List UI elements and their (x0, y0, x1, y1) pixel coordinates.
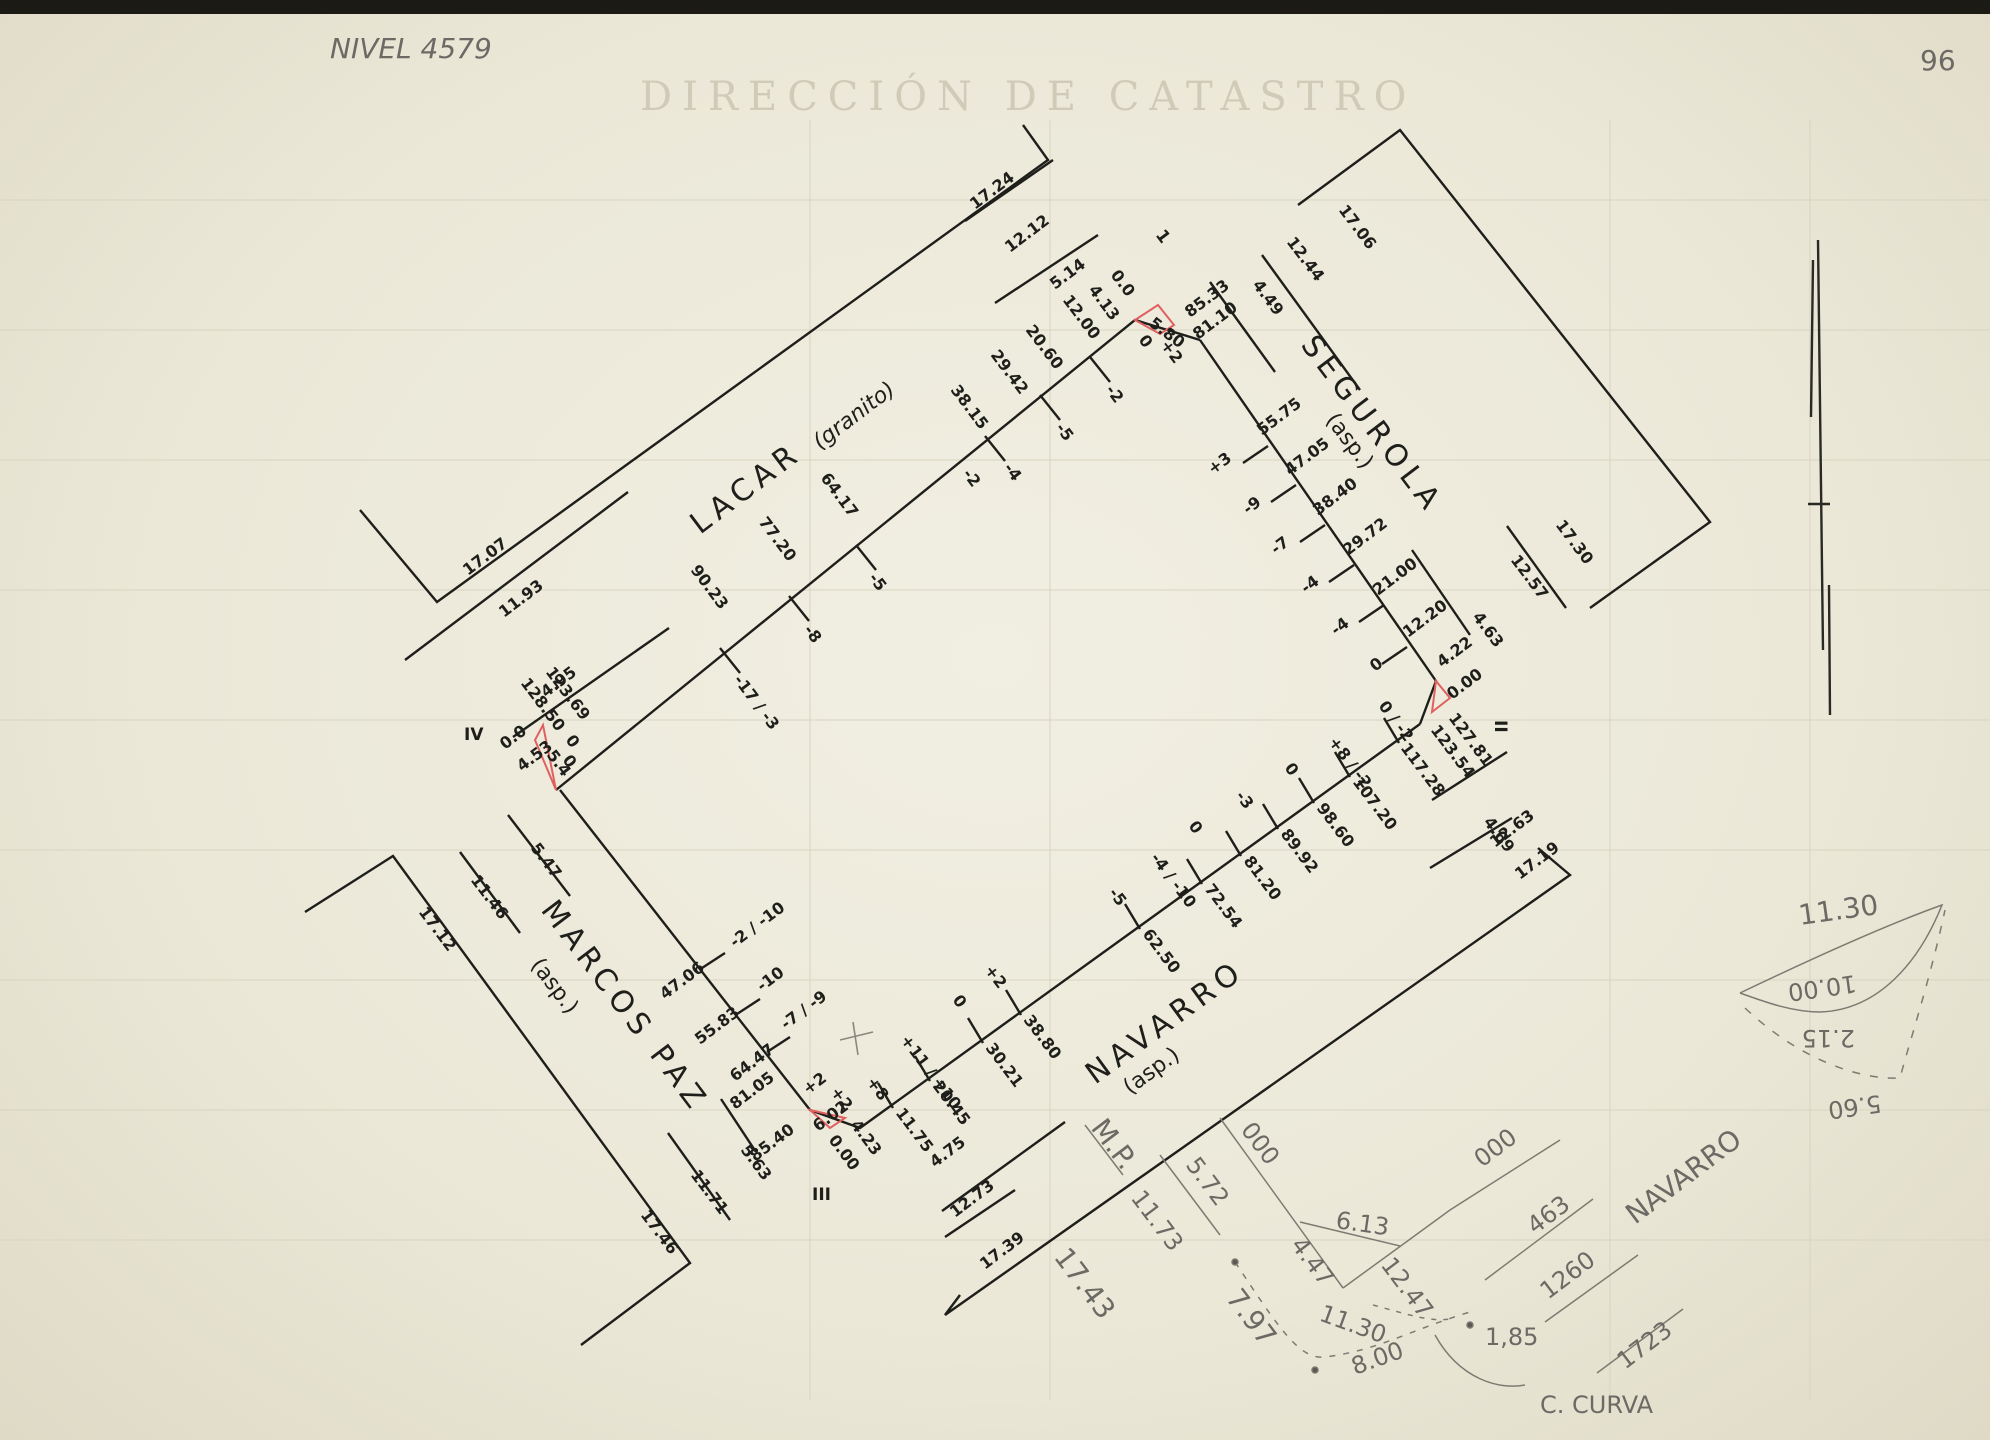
svg-text:89.92: 89.92 (1277, 825, 1323, 877)
svg-text:8.00: 8.00 (1347, 1336, 1407, 1381)
survey-drawing: DIRECCIÓN DE CATASTRO NIVEL 4579 96 (0, 14, 1990, 1440)
svg-text:1260: 1260 (1535, 1246, 1601, 1305)
svg-text:12.20: 12.20 (1399, 596, 1451, 642)
svg-text:-17 / -3: -17 / -3 (730, 671, 783, 733)
svg-text:1,85: 1,85 (1485, 1323, 1538, 1351)
page-number: 96 (1920, 44, 1956, 77)
svg-text:11.75: 11.75 (892, 1104, 938, 1156)
svg-text:17.43: 17.43 (1047, 1241, 1122, 1325)
svg-text:0.00: 0.00 (1443, 664, 1486, 703)
svg-text:5.72: 5.72 (1180, 1152, 1235, 1212)
svg-text:98.60: 98.60 (1313, 799, 1359, 851)
svg-text:17.46: 17.46 (637, 1206, 683, 1258)
svg-text:11.93: 11.93 (495, 576, 547, 622)
corner-label-I: 1 (1151, 226, 1174, 247)
svg-text:-7: -7 (1267, 532, 1293, 558)
svg-text:17.07: 17.07 (459, 534, 511, 580)
svg-text:M.P.: M.P. (1084, 1112, 1143, 1175)
svg-text:-9: -9 (1239, 492, 1265, 518)
svg-text:77.20: 77.20 (755, 513, 801, 565)
svg-text:-5: -5 (865, 569, 891, 595)
svg-text:72.54: 72.54 (1201, 880, 1247, 932)
svg-text:-4: -4 (1000, 459, 1026, 485)
svg-text:-3: -3 (1232, 787, 1258, 813)
svg-text:-10: -10 (753, 963, 788, 996)
svg-text:-8: -8 (800, 621, 826, 647)
svg-text:38.40: 38.40 (1309, 474, 1361, 520)
svg-text:64.17: 64.17 (817, 469, 863, 521)
svg-text:12.47: 12.47 (1375, 1252, 1439, 1324)
svg-text:7.97: 7.97 (1219, 1282, 1283, 1352)
svg-text:17.30: 17.30 (1552, 516, 1598, 568)
svg-text:38.15: 38.15 (947, 381, 993, 433)
svg-text:55.75: 55.75 (1253, 394, 1305, 440)
svg-text:0.0: 0.0 (496, 721, 530, 753)
svg-text:NAVARRO: NAVARRO (1619, 1123, 1747, 1231)
street-name-segurola: SEGUROLA (1294, 329, 1450, 521)
street-name-lacar: LACAR (684, 435, 809, 541)
svg-text:4.47: 4.47 (1285, 1232, 1340, 1292)
svg-text:0: 0 (1185, 817, 1207, 837)
svg-text:+2: +2 (981, 961, 1011, 992)
marcos-paz-values: 47.06 55.83 64.47 -2 / -10 -10 -7 / -9 8… (415, 663, 886, 1258)
svg-text:-2: -2 (959, 465, 985, 491)
svg-text:2.15: 2.15 (1802, 1024, 1855, 1052)
corner-label-IV: IV (464, 725, 484, 745)
svg-text:4.63: 4.63 (1469, 608, 1508, 651)
svg-text:463: 463 (1522, 1190, 1575, 1240)
svg-text:20.60: 20.60 (1022, 321, 1068, 373)
svg-text:29.42: 29.42 (987, 346, 1033, 398)
svg-text:11.73: 11.73 (1125, 1185, 1189, 1257)
svg-text:4.22: 4.22 (1433, 632, 1476, 671)
street-surface-lacar: (granito) (809, 377, 901, 455)
svg-text:12.44: 12.44 (1283, 233, 1329, 285)
svg-text:-4: -4 (1327, 613, 1353, 639)
form-grid (0, 120, 1990, 1400)
svg-text:0: 0 (1135, 331, 1157, 351)
svg-text:1723: 1723 (1612, 1316, 1678, 1375)
svg-text:C. CURVA: C. CURVA (1540, 1391, 1654, 1419)
svg-text:0: 0 (1281, 759, 1303, 779)
corner-markers (535, 305, 1450, 1128)
svg-text:62.50: 62.50 (1139, 925, 1185, 977)
svg-text:-7 / -9: -7 / -9 (777, 986, 830, 1033)
lacar-values: 85.33 81.10 5.80 0.0 4.13 0 +2 12.00 20.… (459, 168, 1241, 734)
faint-header: DIRECCIÓN DE CATASTRO (640, 73, 1416, 120)
svg-text:-2: -2 (1102, 381, 1128, 407)
north-arrow-icon (1808, 240, 1830, 715)
svg-text:0: 0 (949, 991, 971, 1011)
survey-sheet: DIRECCIÓN DE CATASTRO NIVEL 4579 96 (0, 0, 1990, 1440)
svg-text:38.80: 38.80 (1020, 1011, 1066, 1063)
svg-text:5.47: 5.47 (527, 839, 566, 882)
svg-text:30.21: 30.21 (982, 1039, 1028, 1091)
svg-text:5.60: 5.60 (1826, 1089, 1883, 1124)
svg-text:12.73: 12.73 (946, 1176, 998, 1222)
svg-text:-5: -5 (1052, 419, 1078, 445)
svg-text:17.06: 17.06 (1335, 201, 1381, 253)
svg-text:11.30: 11.30 (1796, 888, 1880, 932)
svg-text:-2 / -10: -2 / -10 (726, 898, 788, 951)
svg-text:12.12: 12.12 (1001, 211, 1053, 257)
svg-text:11.71: 11.71 (687, 1166, 733, 1218)
svg-text:47.05: 47.05 (1281, 434, 1333, 480)
svg-text:-4: -4 (1297, 571, 1323, 597)
svg-text:+2: +2 (799, 1068, 830, 1098)
svg-text:11.46: 11.46 (467, 871, 513, 923)
svg-text:17.12: 17.12 (415, 903, 461, 955)
svg-text:000: 000 (1235, 1117, 1285, 1170)
svg-text:000: 000 (1469, 1123, 1522, 1173)
svg-text:55.83: 55.83 (691, 1003, 743, 1049)
svg-text:+11 / +10: +11 / +10 (897, 1031, 965, 1113)
svg-text:21.00: 21.00 (1369, 554, 1421, 600)
level-note: NIVEL 4579 (330, 32, 492, 65)
svg-text:17.39: 17.39 (976, 1228, 1028, 1274)
corner-label-III: III (812, 1185, 831, 1205)
pencil-x-mark (840, 1022, 873, 1055)
svg-text:0: 0 (562, 731, 584, 751)
svg-text:29.72: 29.72 (1339, 514, 1391, 560)
svg-text:81.20: 81.20 (1240, 852, 1286, 904)
svg-text:10.00: 10.00 (1786, 969, 1858, 1006)
svg-text:90.23: 90.23 (687, 561, 733, 613)
svg-text:6.13: 6.13 (1334, 1206, 1391, 1241)
svg-text:5.14: 5.14 (1046, 254, 1089, 293)
svg-text:+3: +3 (1204, 448, 1235, 478)
corner-label-II: II (1490, 720, 1510, 733)
svg-text:11.30: 11.30 (1316, 1299, 1390, 1349)
